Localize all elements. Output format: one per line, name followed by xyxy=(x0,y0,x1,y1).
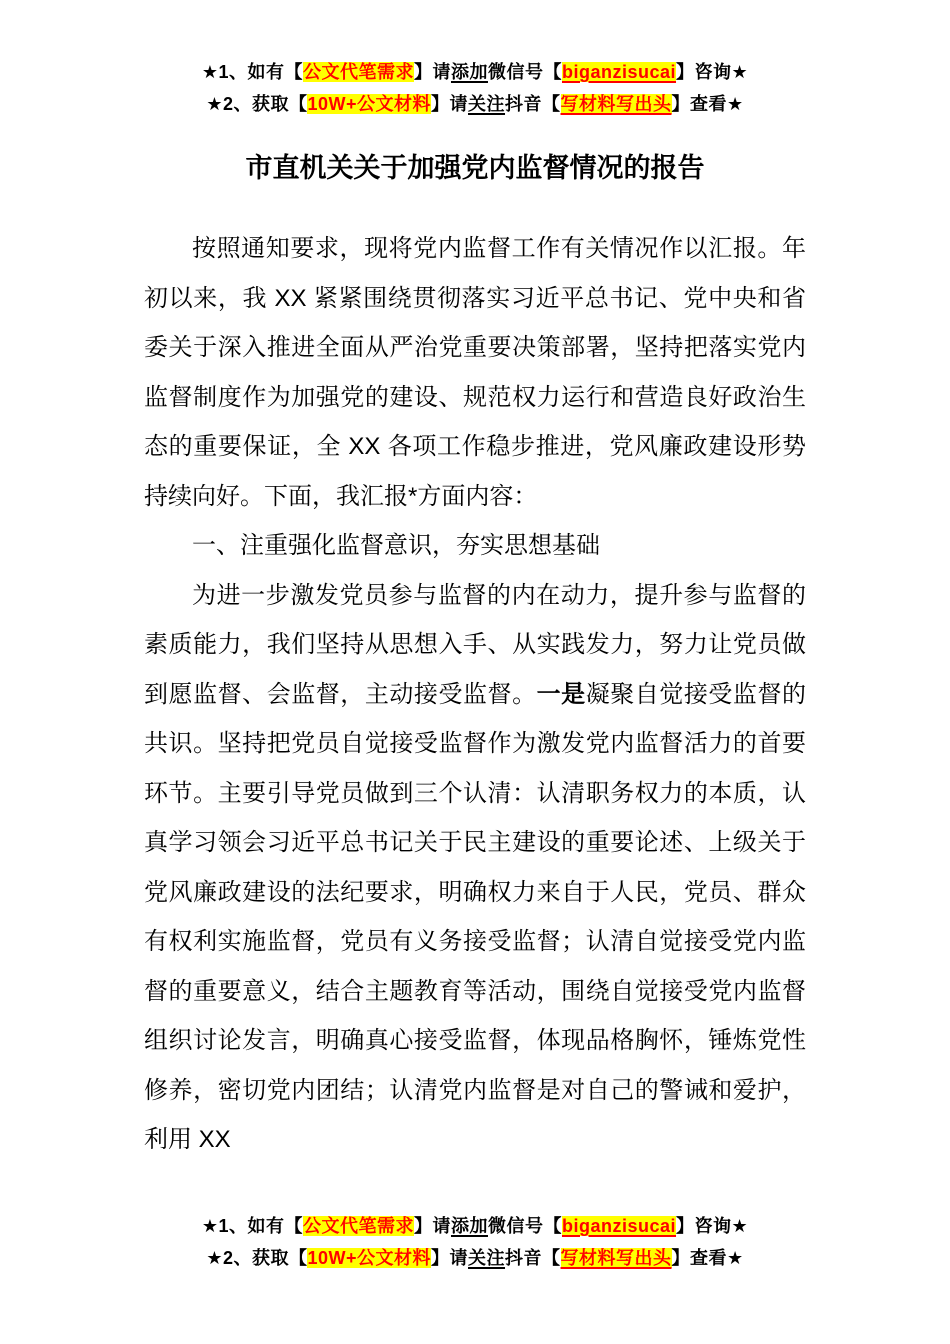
promo-text: ★2、获取【 xyxy=(206,1248,307,1268)
promo-text: 微信号【 xyxy=(488,62,562,82)
promo-text: ★2、获取【 xyxy=(206,94,307,114)
promo-text: 】请 xyxy=(431,1248,468,1268)
promo-highlight-material: 10W+公文材料 xyxy=(307,1248,431,1268)
promo-text: 】咨询★ xyxy=(676,62,748,82)
footer-promo-line-2: ★2、获取【10W+公文材料】请关注抖音【写材料写出头】查看★ xyxy=(0,1242,950,1274)
promo-wechat-id: biganzisucai xyxy=(562,1216,676,1236)
section-heading-1: 一、注重强化监督意识，夯实思想基础 xyxy=(144,521,806,571)
promo-text: 微信号【 xyxy=(488,1216,562,1236)
promo-text: 】查看★ xyxy=(672,1248,744,1268)
promo-wechat-id: biganzisucai xyxy=(562,62,676,82)
header-promo-line-2: ★2、获取【10W+公文材料】请关注抖音【写材料写出头】查看★ xyxy=(0,88,950,120)
promo-underline-action: 添加 xyxy=(451,1216,488,1236)
promo-underline-action: 关注 xyxy=(468,1248,505,1268)
document-body: 按照通知要求，现将党内监督工作有关情况作以汇报。年初以来，我 XX 紧紧围绕贯彻… xyxy=(144,224,806,1165)
header-promo-line-1: ★1、如有【公文代笔需求】请添加微信号【biganzisucai】咨询★ xyxy=(0,56,950,88)
promo-text: 】请 xyxy=(414,62,451,82)
footer-promo-line-1: ★1、如有【公文代笔需求】请添加微信号【biganzisucai】咨询★ xyxy=(0,1210,950,1242)
promo-douyin-id: 写材料写出头 xyxy=(561,1248,672,1268)
promo-text: 】请 xyxy=(414,1216,451,1236)
paragraph-section-1: 为进一步激发党员参与监督的内在动力，提升参与监督的素质能力，我们坚持从思想入手、… xyxy=(144,571,806,1165)
promo-text: 】请 xyxy=(431,94,468,114)
promo-highlight-service: 公文代笔需求 xyxy=(303,1216,414,1236)
promo-text: 抖音【 xyxy=(505,94,561,114)
promo-highlight-material: 10W+公文材料 xyxy=(307,94,431,114)
promo-highlight-service: 公文代笔需求 xyxy=(303,62,414,82)
document-title: 市直机关关于加强党内监督情况的报告 xyxy=(0,148,950,188)
promo-text: 抖音【 xyxy=(505,1248,561,1268)
promo-text: ★1、如有【 xyxy=(202,62,303,82)
promo-text: 】咨询★ xyxy=(676,1216,748,1236)
footer-promo: ★1、如有【公文代笔需求】请添加微信号【biganzisucai】咨询★ ★2、… xyxy=(0,1210,950,1274)
promo-underline-action: 添加 xyxy=(451,62,488,82)
header-promo: ★1、如有【公文代笔需求】请添加微信号【biganzisucai】咨询★ ★2、… xyxy=(0,0,950,120)
paragraph-intro: 按照通知要求，现将党内监督工作有关情况作以汇报。年初以来，我 XX 紧紧围绕贯彻… xyxy=(144,224,806,521)
promo-text: ★1、如有【 xyxy=(202,1216,303,1236)
promo-underline-action: 关注 xyxy=(468,94,505,114)
promo-text: 】查看★ xyxy=(672,94,744,114)
paragraph-text: 凝聚自觉接受监督的共识。坚持把党员自觉接受监督作为激发党内监督活力的首要环节。主… xyxy=(144,681,806,1154)
document-page: ★1、如有【公文代笔需求】请添加微信号【biganzisucai】咨询★ ★2、… xyxy=(0,0,950,1344)
promo-douyin-id: 写材料写出头 xyxy=(561,94,672,114)
bold-run-yishi: 一是 xyxy=(537,681,586,708)
